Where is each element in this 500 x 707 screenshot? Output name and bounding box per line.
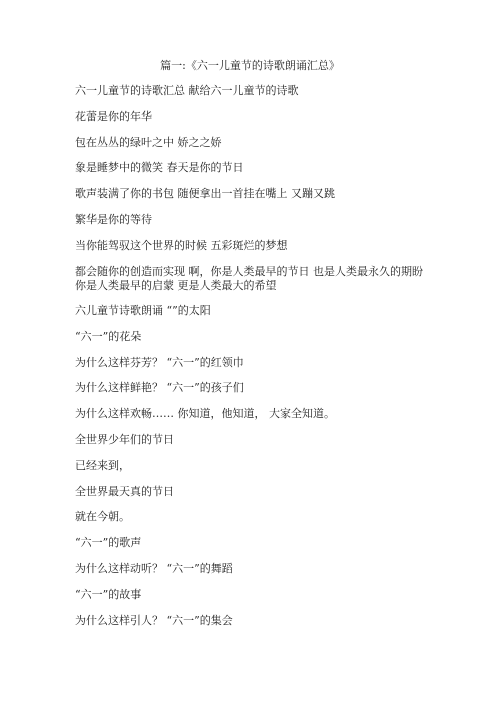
poem-line: 为什么这样鲜艳？ “六一”的孩子们 [75, 381, 435, 395]
poem-line: 当你能驾驭这个世界的时候 五彩斑烂的梦想 [75, 239, 435, 253]
poem-line: 全世界最天真的节日 [75, 485, 435, 499]
document-title: 篇一:《六一儿童节的诗歌朗诵汇总》 [0, 58, 500, 74]
poem-line: 已经来到， [75, 459, 435, 473]
poem-line: 包在丛丛的绿叶之中 娇之之娇 [75, 136, 435, 150]
poem-line: 就在今朝。 [75, 510, 435, 524]
poem-line: 六一儿童节的诗歌汇总 献给六一儿童节的诗歌 [75, 84, 435, 98]
poem-line: “六一”的故事 [75, 588, 435, 602]
poem-line: “六一”的花朵 [75, 330, 435, 344]
document-page: 篇一:《六一儿童节的诗歌朗诵汇总》 六一儿童节的诗歌汇总 献给六一儿童节的诗歌 … [0, 0, 500, 707]
document-body: 六一儿童节的诗歌汇总 献给六一儿童节的诗歌 花蕾是你的年华 包在丛丛的绿叶之中 … [75, 84, 435, 639]
poem-line: 全世界少年们的节日 [75, 433, 435, 447]
poem-line: 歌声装满了你的书包 随便拿出一首挂在嘴上 又蹦又跳 [75, 187, 435, 201]
poem-line: “六一”的歌声 [75, 536, 435, 550]
poem-line: 六儿童节诗歌朗诵 “”的太阳 [75, 304, 435, 318]
poem-line: 花蕾是你的年华 [75, 110, 435, 124]
poem-line: 象是睡梦中的微笑 春天是你的节日 [75, 161, 435, 175]
poem-line: 为什么这样动听？ “六一”的舞蹈 [75, 562, 435, 576]
poem-paragraph: 都会随你的创造而实现 啊，你是人类最早的节日 也是人类最永久的期盼 你是人类最早… [75, 265, 435, 293]
poem-line: 为什么这样引人？ “六一”的集会 [75, 614, 435, 628]
poem-line: 繁华是你的等待 [75, 213, 435, 227]
poem-line: 为什么这样欢畅…… 你知道，他知道， 大家全知道。 [75, 407, 435, 421]
poem-line: 为什么这样芬芳？ “六一”的红领巾 [75, 356, 435, 370]
